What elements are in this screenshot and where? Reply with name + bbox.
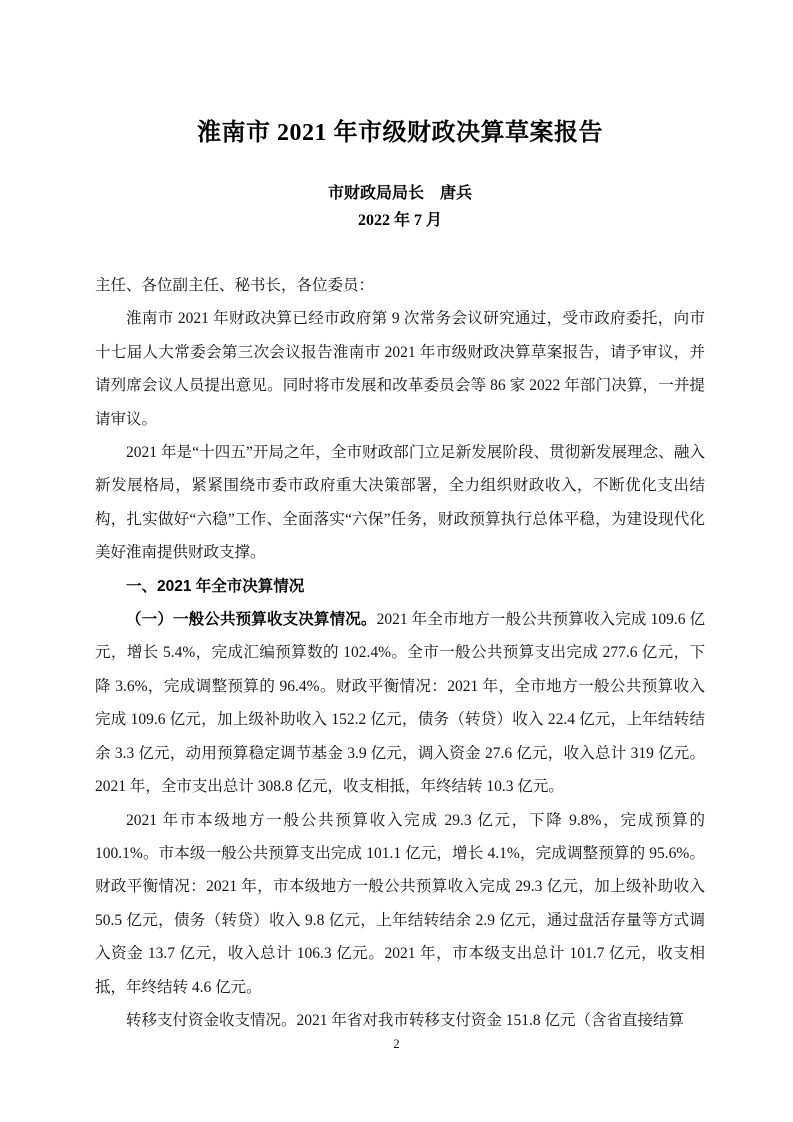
document-title: 淮南市 2021 年市级财政决算草案报告: [95, 116, 705, 150]
page-number: 2: [0, 1036, 793, 1051]
section-1-heading: 一、2021 年全市决算情况: [95, 570, 705, 603]
paragraph-transfer-payments: 转移支付资金收支情况。2021 年省对我市转移支付资金 151.8 亿元（含省直…: [95, 1004, 705, 1037]
paragraph-overview: 2021 年是“十四五”开局之年，全市财政部门立足新发展阶段、贯彻新发展理念、融…: [95, 436, 705, 570]
document-body: 主任、各位副主任、秘书长，各位委员： 淮南市 2021 年财政决算已经市政府第 …: [95, 269, 705, 1037]
salutation: 主任、各位副主任、秘书长，各位委员：: [95, 269, 705, 302]
paragraph-citywide-budget-lead: （一）一般公共预算收支决算情况。: [126, 611, 377, 628]
paragraph-citywide-budget-text: 2021 年全市地方一般公共预算收入完成 109.6 亿元，增长 5.4%，完成…: [95, 611, 705, 795]
author-line: 市财政局局长 唐兵: [95, 180, 705, 207]
paragraph-intro: 淮南市 2021 年财政决算已经市政府第 9 次常务会议研究通过，受市政府委托，…: [95, 302, 705, 436]
paragraph-municipal-budget: 2021 年市本级地方一般公共预算收入完成 29.3 亿元，下降 9.8%，完成…: [95, 804, 705, 1004]
document-page: 淮南市 2021 年市级财政决算草案报告 市财政局局长 唐兵 2022 年 7 …: [0, 0, 793, 1122]
date-line: 2022 年 7 月: [95, 207, 705, 234]
paragraph-citywide-budget: （一）一般公共预算收支决算情况。2021 年全市地方一般公共预算收入完成 109…: [95, 603, 705, 803]
